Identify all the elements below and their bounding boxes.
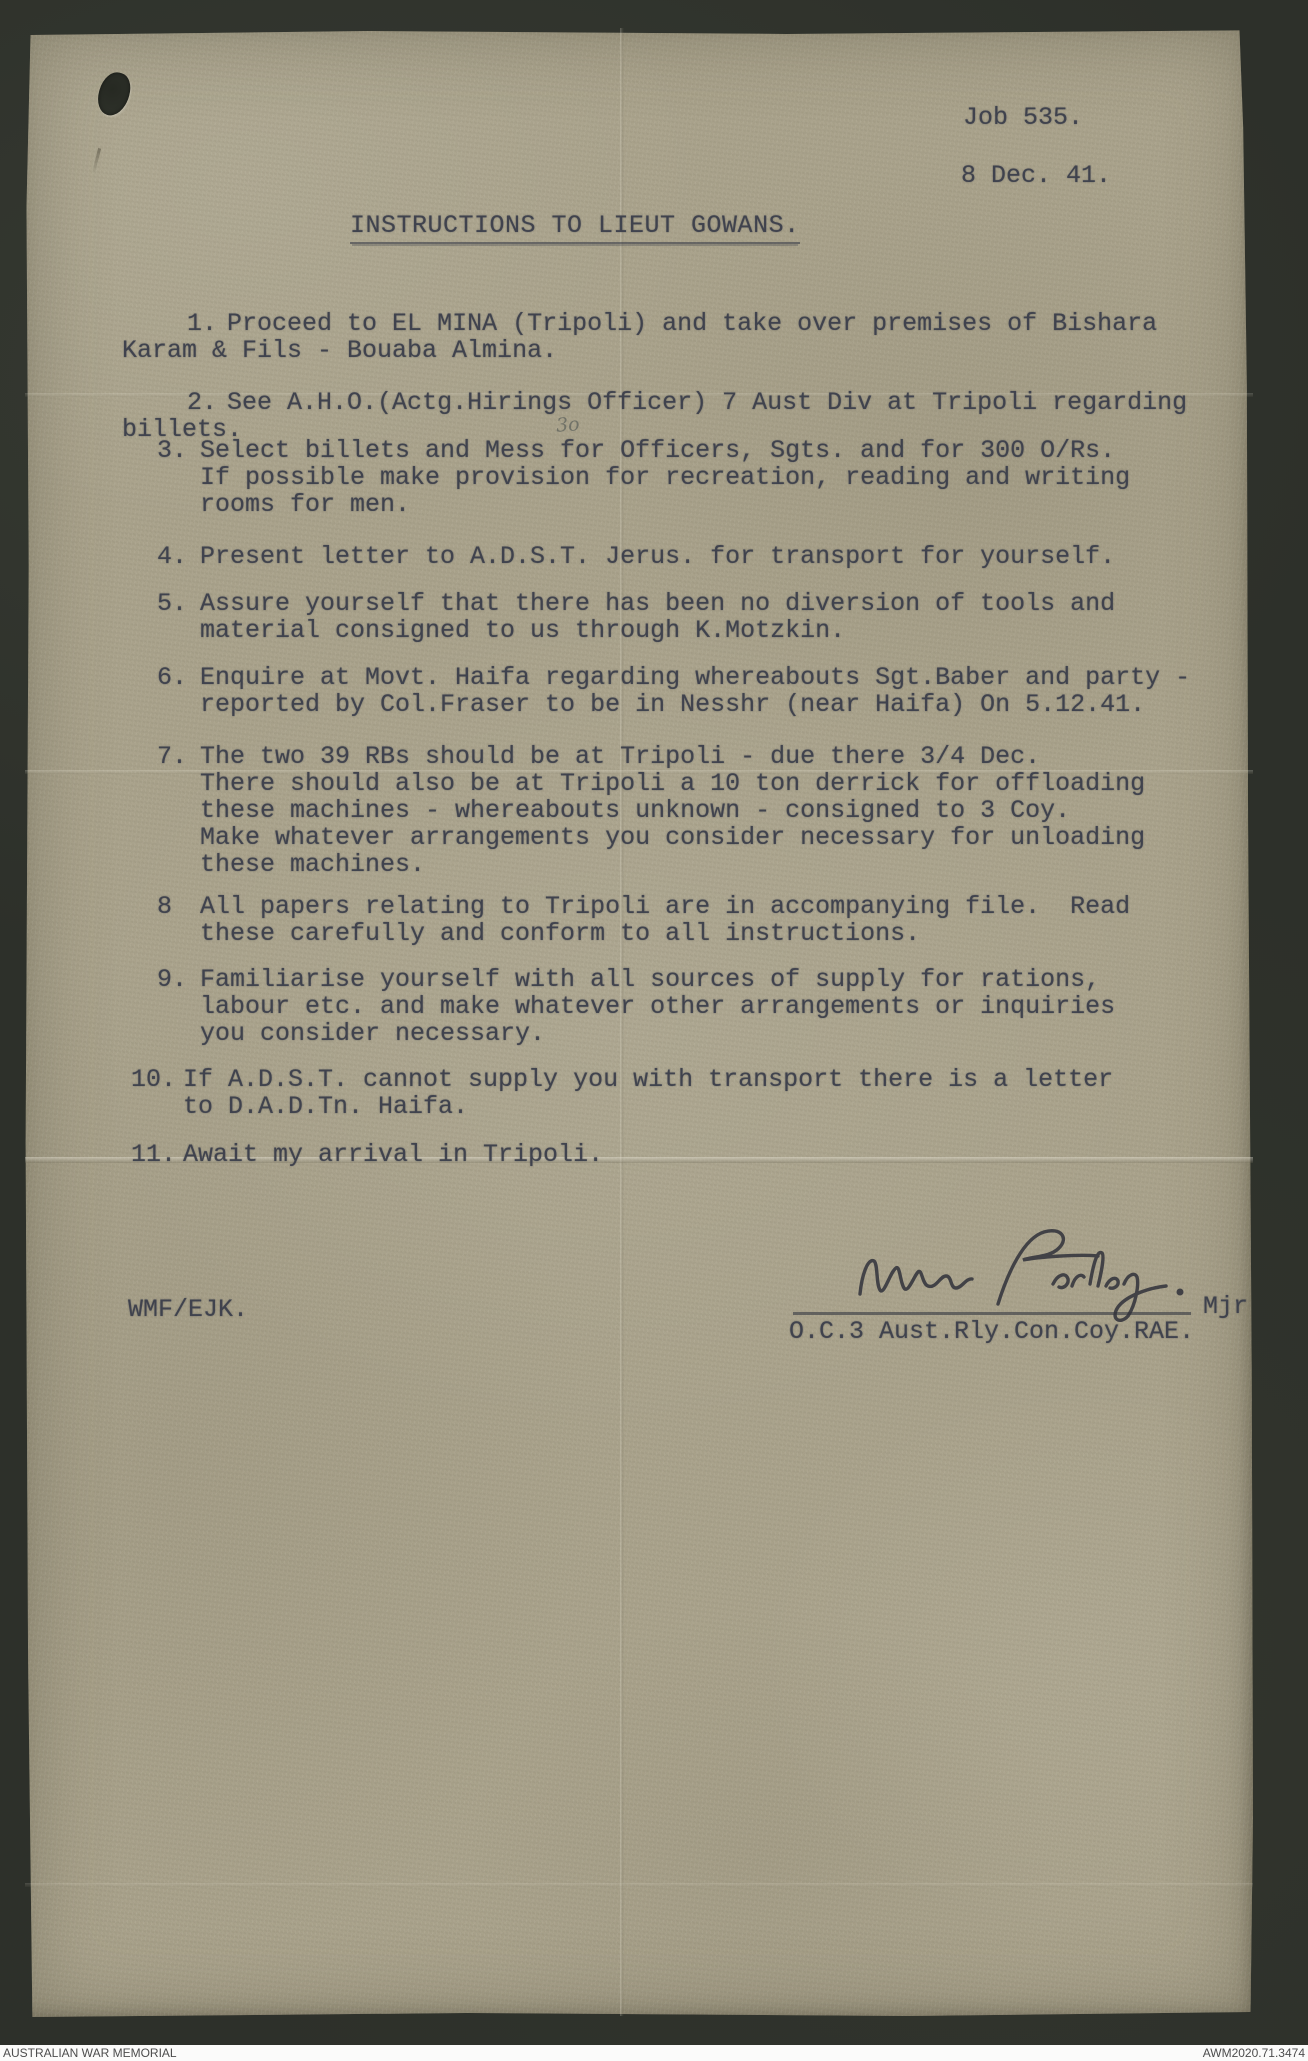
item-number: 8 bbox=[157, 893, 200, 947]
item-number: 11. bbox=[131, 1141, 183, 1168]
instruction-item-6: 6.Enquire at Movt. Haifa regarding where… bbox=[157, 664, 1190, 718]
instruction-item-8: 8All papers relating to Tripoli are in a… bbox=[157, 893, 1130, 947]
instruction-item-3: 3.Select billets and Mess for Officers, … bbox=[157, 437, 1130, 518]
item-text: Select billets and Mess for Officers, Sg… bbox=[200, 437, 1130, 518]
item-number: 10. bbox=[131, 1066, 183, 1120]
item-text: The two 39 RBs should be at Tripoli - du… bbox=[200, 743, 1145, 878]
job-number: Job 535. bbox=[963, 104, 1083, 131]
archive-caption-bar: AUSTRALIAN WAR MEMORIAL AWM2020.71.3474 bbox=[0, 2045, 1308, 2061]
fold-crease-horizontal-4 bbox=[25, 1883, 1253, 1887]
instruction-item-11: 11.Await my arrival in Tripoli. bbox=[131, 1141, 603, 1168]
instruction-item-7: 7.The two 39 RBs should be at Tripoli - … bbox=[157, 743, 1145, 878]
item-text: Proceed to EL MINA (Tripoli) and take ov… bbox=[122, 309, 1157, 365]
instruction-item-5: 5.Assure yourself that there has been no… bbox=[157, 590, 1115, 644]
instruction-item-10: 10.If A.D.S.T. cannot supply you with tr… bbox=[131, 1066, 1113, 1120]
item-text: Assure yourself that there has been no d… bbox=[200, 590, 1115, 644]
document-date: 8 Dec. 41. bbox=[961, 162, 1111, 189]
catalog-number: AWM2020.71.3474 bbox=[1203, 2045, 1305, 2061]
item-number: 2. bbox=[187, 388, 217, 417]
item-text: Await my arrival in Tripoli. bbox=[183, 1141, 603, 1168]
item-number: 6. bbox=[157, 664, 200, 718]
instruction-item-1: 1.Proceed to EL MINA (Tripoli) and take … bbox=[122, 283, 1157, 364]
instruction-item-9: 9.Familiarise yourself with all sources … bbox=[157, 966, 1115, 1047]
item-text: Enquire at Movt. Haifa regarding whereab… bbox=[200, 664, 1190, 718]
item-number: 4. bbox=[157, 543, 200, 570]
item-number: 3. bbox=[157, 437, 200, 518]
signature-handwriting bbox=[848, 1226, 1210, 1326]
archive-name: AUSTRALIAN WAR MEMORIAL bbox=[3, 2045, 177, 2061]
item-number: 7. bbox=[157, 743, 200, 878]
item-number: 1. bbox=[187, 309, 217, 338]
item-number: 9. bbox=[157, 966, 200, 1047]
item-text: If A.D.S.T. cannot supply you with trans… bbox=[183, 1066, 1113, 1120]
item-text: Familiarise yourself with all sources of… bbox=[200, 966, 1115, 1047]
reference-initials: WMF/EJK. bbox=[128, 1296, 248, 1323]
instruction-item-2: 2.See A.H.O.(Actg.Hirings Officer) 7 Aus… bbox=[122, 362, 1187, 443]
document-title: INSTRUCTIONS TO LIEUT GOWANS. bbox=[350, 212, 800, 244]
item-number: 5. bbox=[157, 590, 200, 644]
instruction-item-4: 4.Present letter to A.D.S.T. Jerus. for … bbox=[157, 543, 1115, 570]
item-text: Present letter to A.D.S.T. Jerus. for tr… bbox=[200, 543, 1115, 570]
item-text: All papers relating to Tripoli are in ac… bbox=[200, 893, 1130, 947]
